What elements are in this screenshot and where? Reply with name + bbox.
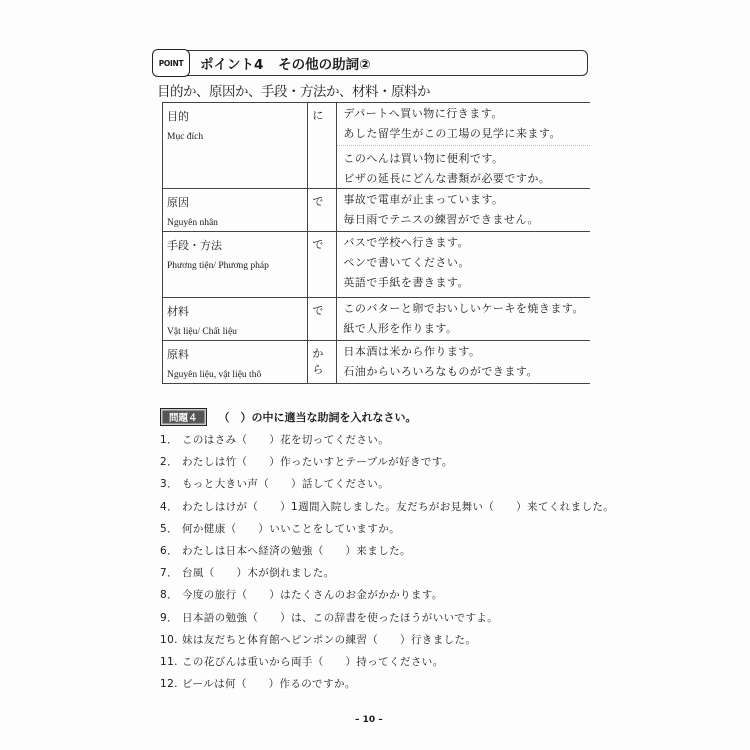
item-text: もっと大きい声（ ）話してください。 (182, 478, 389, 490)
exercise-item: 10.妹は友だちと体育館へピンポンの練習（ ）行きました。 (160, 632, 620, 654)
category-jp: 原料 (167, 346, 303, 362)
particle-cell: で (308, 189, 337, 232)
item-number: 1． (160, 432, 182, 447)
point-badge: POINT (152, 49, 190, 77)
item-number: 12. (160, 678, 182, 690)
example-sentence: このへんは買い物に便利です。 (343, 148, 584, 168)
table-row: 手段・方法 Phương tiện/ Phương pháp で バスで学校へ行… (163, 232, 591, 298)
item-text: わたしはけが（ ）1週間入院しました。友だちがお見舞い（ ）来てくれました。 (182, 501, 614, 513)
exercise-item: 11.この花びんは重いから両手（ ）持ってください。 (160, 654, 620, 676)
example-sentence: 英語で手紙を書きます。 (343, 272, 584, 292)
table-row: 原因 Nguyên nhân で 事故で電車が止まっています。 毎日雨でテニスの… (163, 189, 591, 232)
exercise-item: 6．わたしは日本へ経済の勉強（ ）来ました。 (160, 543, 620, 565)
example-sentence: 紙で人形を作ります。 (343, 318, 584, 338)
category-jp: 目的 (167, 108, 303, 124)
item-number: 10. (160, 634, 182, 646)
exercise-item: 3．もっと大きい声（ ）話してください。 (160, 476, 620, 498)
item-text: 今度の旅行（ ）はたくさんのお金がかかります。 (182, 589, 443, 601)
point-subtitle: その他の助詞② (278, 57, 370, 73)
example-sentence: デパートへ買い物に行きます。 (343, 103, 584, 123)
example-sentence: 日本酒は米から作ります。 (343, 341, 584, 361)
particle-cell: で (308, 232, 337, 298)
item-number: 5． (160, 521, 182, 536)
category-jp: 原因 (167, 194, 303, 210)
item-number: 3． (160, 476, 182, 491)
exercise-item: 1．このはさみ（ ）花を切ってください。 (160, 432, 620, 454)
particle-cell: から (308, 341, 337, 384)
exercise-item: 5．何か健康（ ）いいことをしていますか。 (160, 521, 620, 543)
category-vi: Mục đích (167, 132, 303, 142)
textbook-page: POINT ポイント4 その他の助詞② 目的か、原因か、手段・方法か、材料・原料… (0, 0, 750, 750)
category-jp: 材料 (167, 303, 303, 319)
category-vi: Nguyên nhân (167, 218, 303, 228)
exercise-item: 8．今度の旅行（ ）はたくさんのお金がかかります。 (160, 587, 620, 609)
category-vi: Phương tiện/ Phương pháp (167, 261, 303, 271)
point-title: ポイント4 その他の助詞② (200, 53, 371, 73)
category-cell: 原料 Nguyên liệu, vật liệu thô (163, 341, 308, 384)
exercise-item: 4．わたしはけが（ ）1週間入院しました。友だちがお見舞い（ ）来てくれました。 (160, 499, 620, 521)
item-text: わたしは日本へ経済の勉強（ ）来ました。 (182, 545, 411, 557)
item-number: 6． (160, 543, 182, 558)
exercise-item: 9．日本語の勉強（ ）は、この辞書を使ったほうがいいですよ。 (160, 610, 620, 632)
category-cell: 原因 Nguyên nhân (163, 189, 308, 232)
item-text: 何か健康（ ）いいことをしていますか。 (182, 523, 400, 535)
exercise-list: 1．このはさみ（ ）花を切ってください。 2．わたしは竹（ ）作ったいすとテーブ… (160, 432, 620, 698)
example-sentence: ペンで書いてください。 (343, 252, 584, 272)
item-text: このはさみ（ ）花を切ってください。 (182, 434, 389, 446)
examples-cell: 日本酒は米から作ります。 石油からいろいろなものができます。 (337, 341, 590, 384)
category-vi: Nguyên liệu, vật liệu thô (167, 370, 303, 380)
particle-cell: で (308, 298, 337, 341)
exercise-instruction: （ ）の中に適当な助詞を入れなさい。 (219, 409, 417, 425)
table-row: 原料 Nguyên liệu, vật liệu thô から 日本酒は米から作… (163, 341, 591, 384)
intro-line: 目的か、原因か、手段・方法か、材料・原料か (157, 80, 430, 100)
table-row: 材料 Vật liệu/ Chất liệu で このバターと卵でおいしいケーキ… (163, 298, 591, 341)
grammar-table: 目的 Mục đích に デパートへ買い物に行きます。 あした留学生がこの工場… (162, 102, 590, 384)
example-sentence: このバターと卵でおいしいケーキを焼きます。 (343, 298, 584, 318)
point-number: ポイント4 (200, 57, 263, 73)
examples-cell: 事故で電車が止まっています。 毎日雨でテニスの練習ができません。 (337, 189, 590, 232)
exercise-badge: 問題４ (160, 408, 207, 426)
exercise-header: 問題４ （ ）の中に適当な助詞を入れなさい。 (160, 408, 417, 426)
item-text: 妹は友だちと体育館へピンポンの練習（ ）行きました。 (182, 634, 476, 646)
example-sentence: 石油からいろいろなものができます。 (343, 361, 584, 381)
item-text: この花びんは重いから両手（ ）持ってください。 (182, 656, 444, 668)
examples-cell: デパートへ買い物に行きます。 あした留学生がこの工場の見学に来ます。 このへんは… (337, 103, 590, 189)
page-number: – 10 – (355, 715, 383, 725)
category-vi: Vật liệu/ Chất liệu (167, 327, 303, 337)
item-text: 台風（ ）木が倒れました。 (182, 567, 335, 579)
category-jp: 手段・方法 (167, 237, 303, 253)
examples-cell: バスで学校へ行きます。 ペンで書いてください。 英語で手紙を書きます。 (337, 232, 590, 298)
category-cell: 手段・方法 Phương tiện/ Phương pháp (163, 232, 308, 298)
item-number: 9． (160, 610, 182, 625)
example-sentence: あした留学生がこの工場の見学に来ます。 (343, 123, 584, 143)
category-cell: 目的 Mục đích (163, 103, 308, 189)
particle-cell: に (308, 103, 337, 189)
example-sentence: バスで学校へ行きます。 (343, 232, 584, 252)
table-row: 目的 Mục đích に デパートへ買い物に行きます。 あした留学生がこの工場… (163, 103, 591, 189)
item-number: 8． (160, 587, 182, 602)
exercise-item: 2．わたしは竹（ ）作ったいすとテーブルが好きです。 (160, 454, 620, 476)
example-sentence: 事故で電車が止まっています。 (343, 189, 584, 209)
item-text: ビールは何（ ）作るのですか。 (182, 678, 356, 690)
category-cell: 材料 Vật liệu/ Chất liệu (163, 298, 308, 341)
item-number: 11. (160, 656, 182, 668)
item-number: 2． (160, 454, 182, 469)
exercise-item: 12.ビールは何（ ）作るのですか。 (160, 676, 620, 698)
examples-cell: このバターと卵でおいしいケーキを焼きます。 紙で人形を作ります。 (337, 298, 590, 341)
example-sentence: ビザの延長にどんな書類が必要ですか。 (343, 168, 584, 188)
item-number: 4． (160, 499, 182, 514)
divider (337, 145, 590, 146)
example-sentence: 毎日雨でテニスの練習ができません。 (343, 209, 584, 229)
item-number: 7． (160, 565, 182, 580)
item-text: わたしは竹（ ）作ったいすとテーブルが好きです。 (182, 456, 453, 468)
exercise-item: 7．台風（ ）木が倒れました。 (160, 565, 620, 587)
item-text: 日本語の勉強（ ）は、この辞書を使ったほうがいいですよ。 (182, 612, 498, 624)
